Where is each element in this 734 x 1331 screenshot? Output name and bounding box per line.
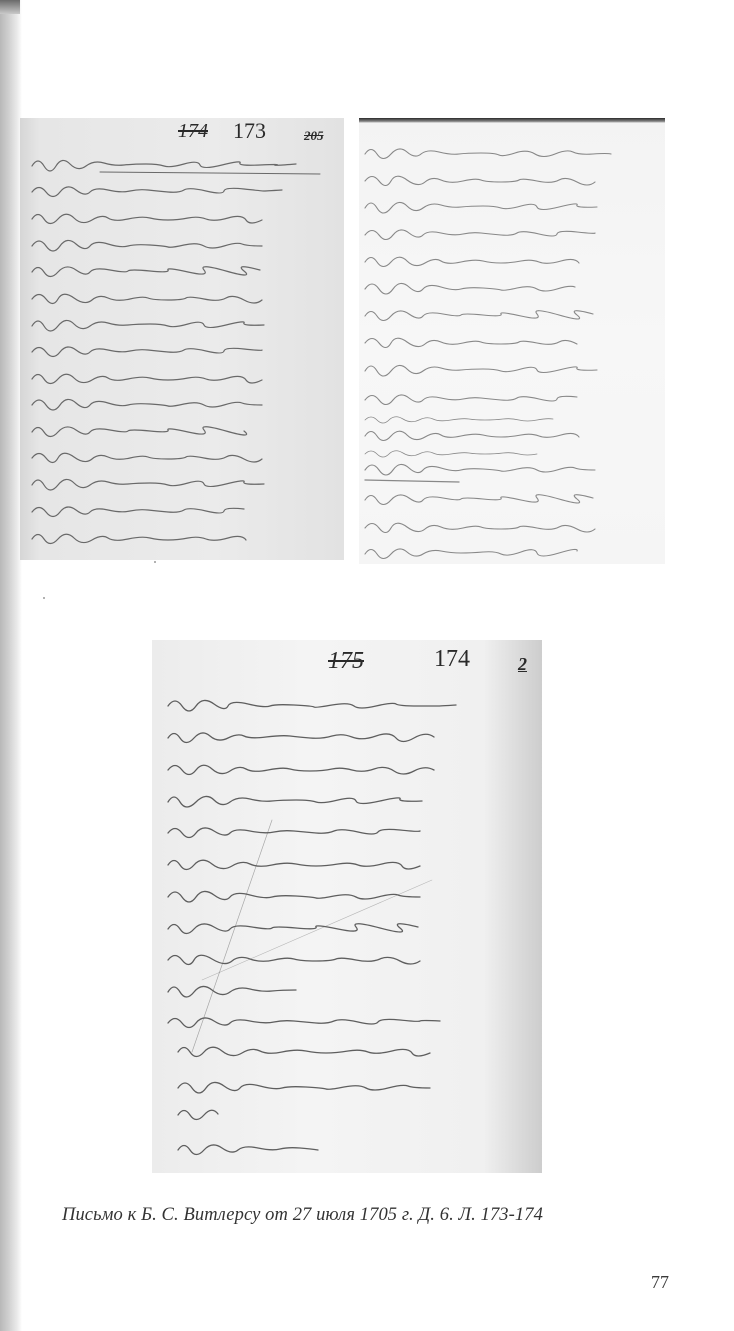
folio-number: 174: [434, 646, 470, 673]
archive-corner-mark: 205: [304, 128, 324, 144]
binding-gutter-shadow: [0, 0, 22, 1331]
paper-speck: [43, 597, 45, 599]
archive-corner-mark: 2: [518, 654, 527, 675]
manuscript-image-folio-verso: [359, 118, 665, 564]
handwritten-lines: [20, 118, 344, 560]
handwritten-lines: [359, 118, 665, 564]
binding-gutter-top-edge: [0, 0, 20, 14]
paper-speck: [154, 561, 156, 563]
figure-caption: Письмо к Б. С. Витлерсу от 27 июля 1705 …: [62, 1205, 543, 1226]
manuscript-image-folio-173: 174 173 205: [20, 118, 344, 560]
folio-number: 173: [233, 118, 266, 144]
manuscript-image-folio-174: 175 174 2: [152, 640, 542, 1173]
struck-folio-number: 174: [178, 120, 208, 143]
handwritten-lines: [152, 640, 542, 1173]
struck-folio-number: 175: [328, 648, 364, 675]
page-number: 77: [651, 1272, 669, 1293]
